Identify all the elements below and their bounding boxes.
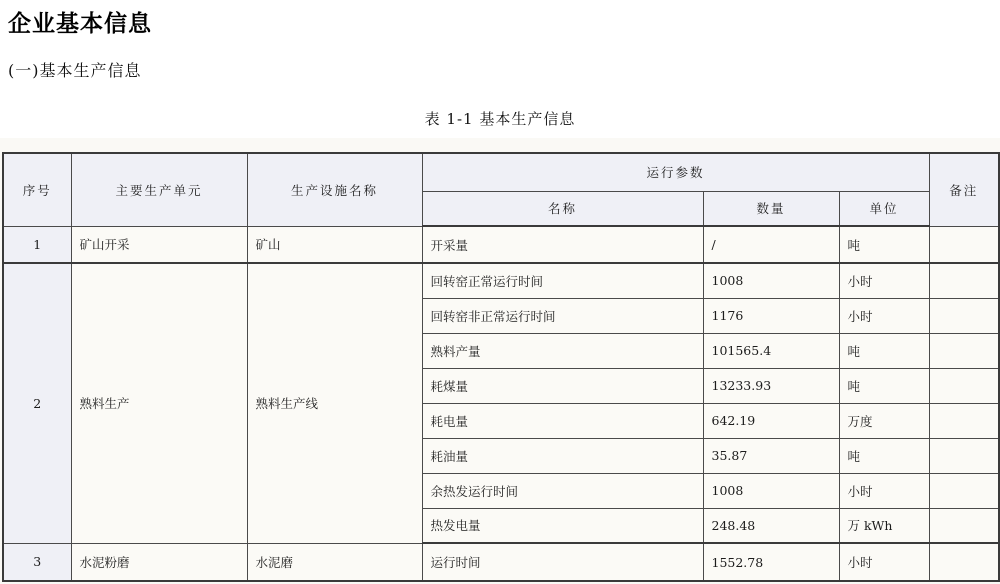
facility-cell: 矿山 xyxy=(247,226,422,263)
param-qty-cell: 1552.78 xyxy=(703,543,839,581)
remark-cell xyxy=(929,263,999,298)
param-qty-cell: 1008 xyxy=(703,263,839,298)
param-unit-cell: 吨 xyxy=(839,333,929,368)
table-body: 1矿山开采矿山开采量/吨2熟料生产熟料生产线回转窑正常运行时间1008小时回转窑… xyxy=(3,226,999,581)
param-unit-cell: 吨 xyxy=(839,368,929,403)
col-header-remark: 备注 xyxy=(929,153,999,226)
remark-cell xyxy=(929,333,999,368)
param-name-cell: 耗煤量 xyxy=(422,368,703,403)
param-unit-cell: 小时 xyxy=(839,298,929,333)
unit-cell: 水泥粉磨 xyxy=(71,543,247,581)
col-header-param-name: 名称 xyxy=(422,191,703,226)
seq-cell: 2 xyxy=(3,263,71,543)
basic-production-info-table: 序号 主要生产单元 生产设施名称 运行参数 备注 名称 数量 单位 1矿山开采矿… xyxy=(2,152,1000,582)
param-unit-cell: 小时 xyxy=(839,543,929,581)
unit-cell: 矿山开采 xyxy=(71,226,247,263)
seq-cell: 3 xyxy=(3,543,71,581)
param-name-cell: 熟料产量 xyxy=(422,333,703,368)
param-name-cell: 热发电量 xyxy=(422,508,703,543)
param-qty-cell: 101565.4 xyxy=(703,333,839,368)
param-name-cell: 运行时间 xyxy=(422,543,703,581)
param-qty-cell: 1176 xyxy=(703,298,839,333)
table-caption: 表 1-1 基本生产信息 xyxy=(0,108,1000,129)
remark-cell xyxy=(929,508,999,543)
param-name-cell: 余热发运行时间 xyxy=(422,473,703,508)
remark-cell xyxy=(929,438,999,473)
param-qty-cell: 35.87 xyxy=(703,438,839,473)
param-unit-cell: 小时 xyxy=(839,473,929,508)
param-name-cell: 耗电量 xyxy=(422,403,703,438)
param-unit-cell: 万 kWh xyxy=(839,508,929,543)
remark-cell xyxy=(929,543,999,581)
param-unit-cell: 吨 xyxy=(839,438,929,473)
unit-cell: 熟料生产 xyxy=(71,263,247,543)
param-name-cell: 回转窑非正常运行时间 xyxy=(422,298,703,333)
section-heading: (一)基本生产信息 xyxy=(8,58,142,81)
param-qty-cell: 248.48 xyxy=(703,508,839,543)
param-name-cell: 耗油量 xyxy=(422,438,703,473)
table-row: 2熟料生产熟料生产线回转窑正常运行时间1008小时 xyxy=(3,263,999,298)
page-title: 企业基本信息 xyxy=(8,5,152,38)
param-unit-cell: 小时 xyxy=(839,263,929,298)
param-name-cell: 开采量 xyxy=(422,226,703,263)
param-name-cell: 回转窑正常运行时间 xyxy=(422,263,703,298)
facility-cell: 熟料生产线 xyxy=(247,263,422,543)
header-row-1: 序号 主要生产单元 生产设施名称 运行参数 备注 xyxy=(3,153,999,191)
param-qty-cell: 642.19 xyxy=(703,403,839,438)
table-row: 1矿山开采矿山开采量/吨 xyxy=(3,226,999,263)
col-header-param-qty: 数量 xyxy=(703,191,839,226)
param-unit-cell: 吨 xyxy=(839,226,929,263)
col-header-params-group: 运行参数 xyxy=(422,153,929,191)
table-header: 序号 主要生产单元 生产设施名称 运行参数 备注 名称 数量 单位 xyxy=(3,153,999,226)
remark-cell xyxy=(929,368,999,403)
param-qty-cell: 13233.93 xyxy=(703,368,839,403)
param-unit-cell: 万度 xyxy=(839,403,929,438)
remark-cell xyxy=(929,403,999,438)
col-header-unit: 主要生产单元 xyxy=(71,153,247,226)
seq-cell: 1 xyxy=(3,226,71,263)
col-header-seq: 序号 xyxy=(3,153,71,226)
facility-cell: 水泥磨 xyxy=(247,543,422,581)
table-row: 3水泥粉磨水泥磨运行时间1552.78小时 xyxy=(3,543,999,581)
remark-cell xyxy=(929,473,999,508)
param-qty-cell: / xyxy=(703,226,839,263)
remark-cell xyxy=(929,298,999,333)
col-header-param-unit: 单位 xyxy=(839,191,929,226)
param-qty-cell: 1008 xyxy=(703,473,839,508)
col-header-facility: 生产设施名称 xyxy=(247,153,422,226)
remark-cell xyxy=(929,226,999,263)
